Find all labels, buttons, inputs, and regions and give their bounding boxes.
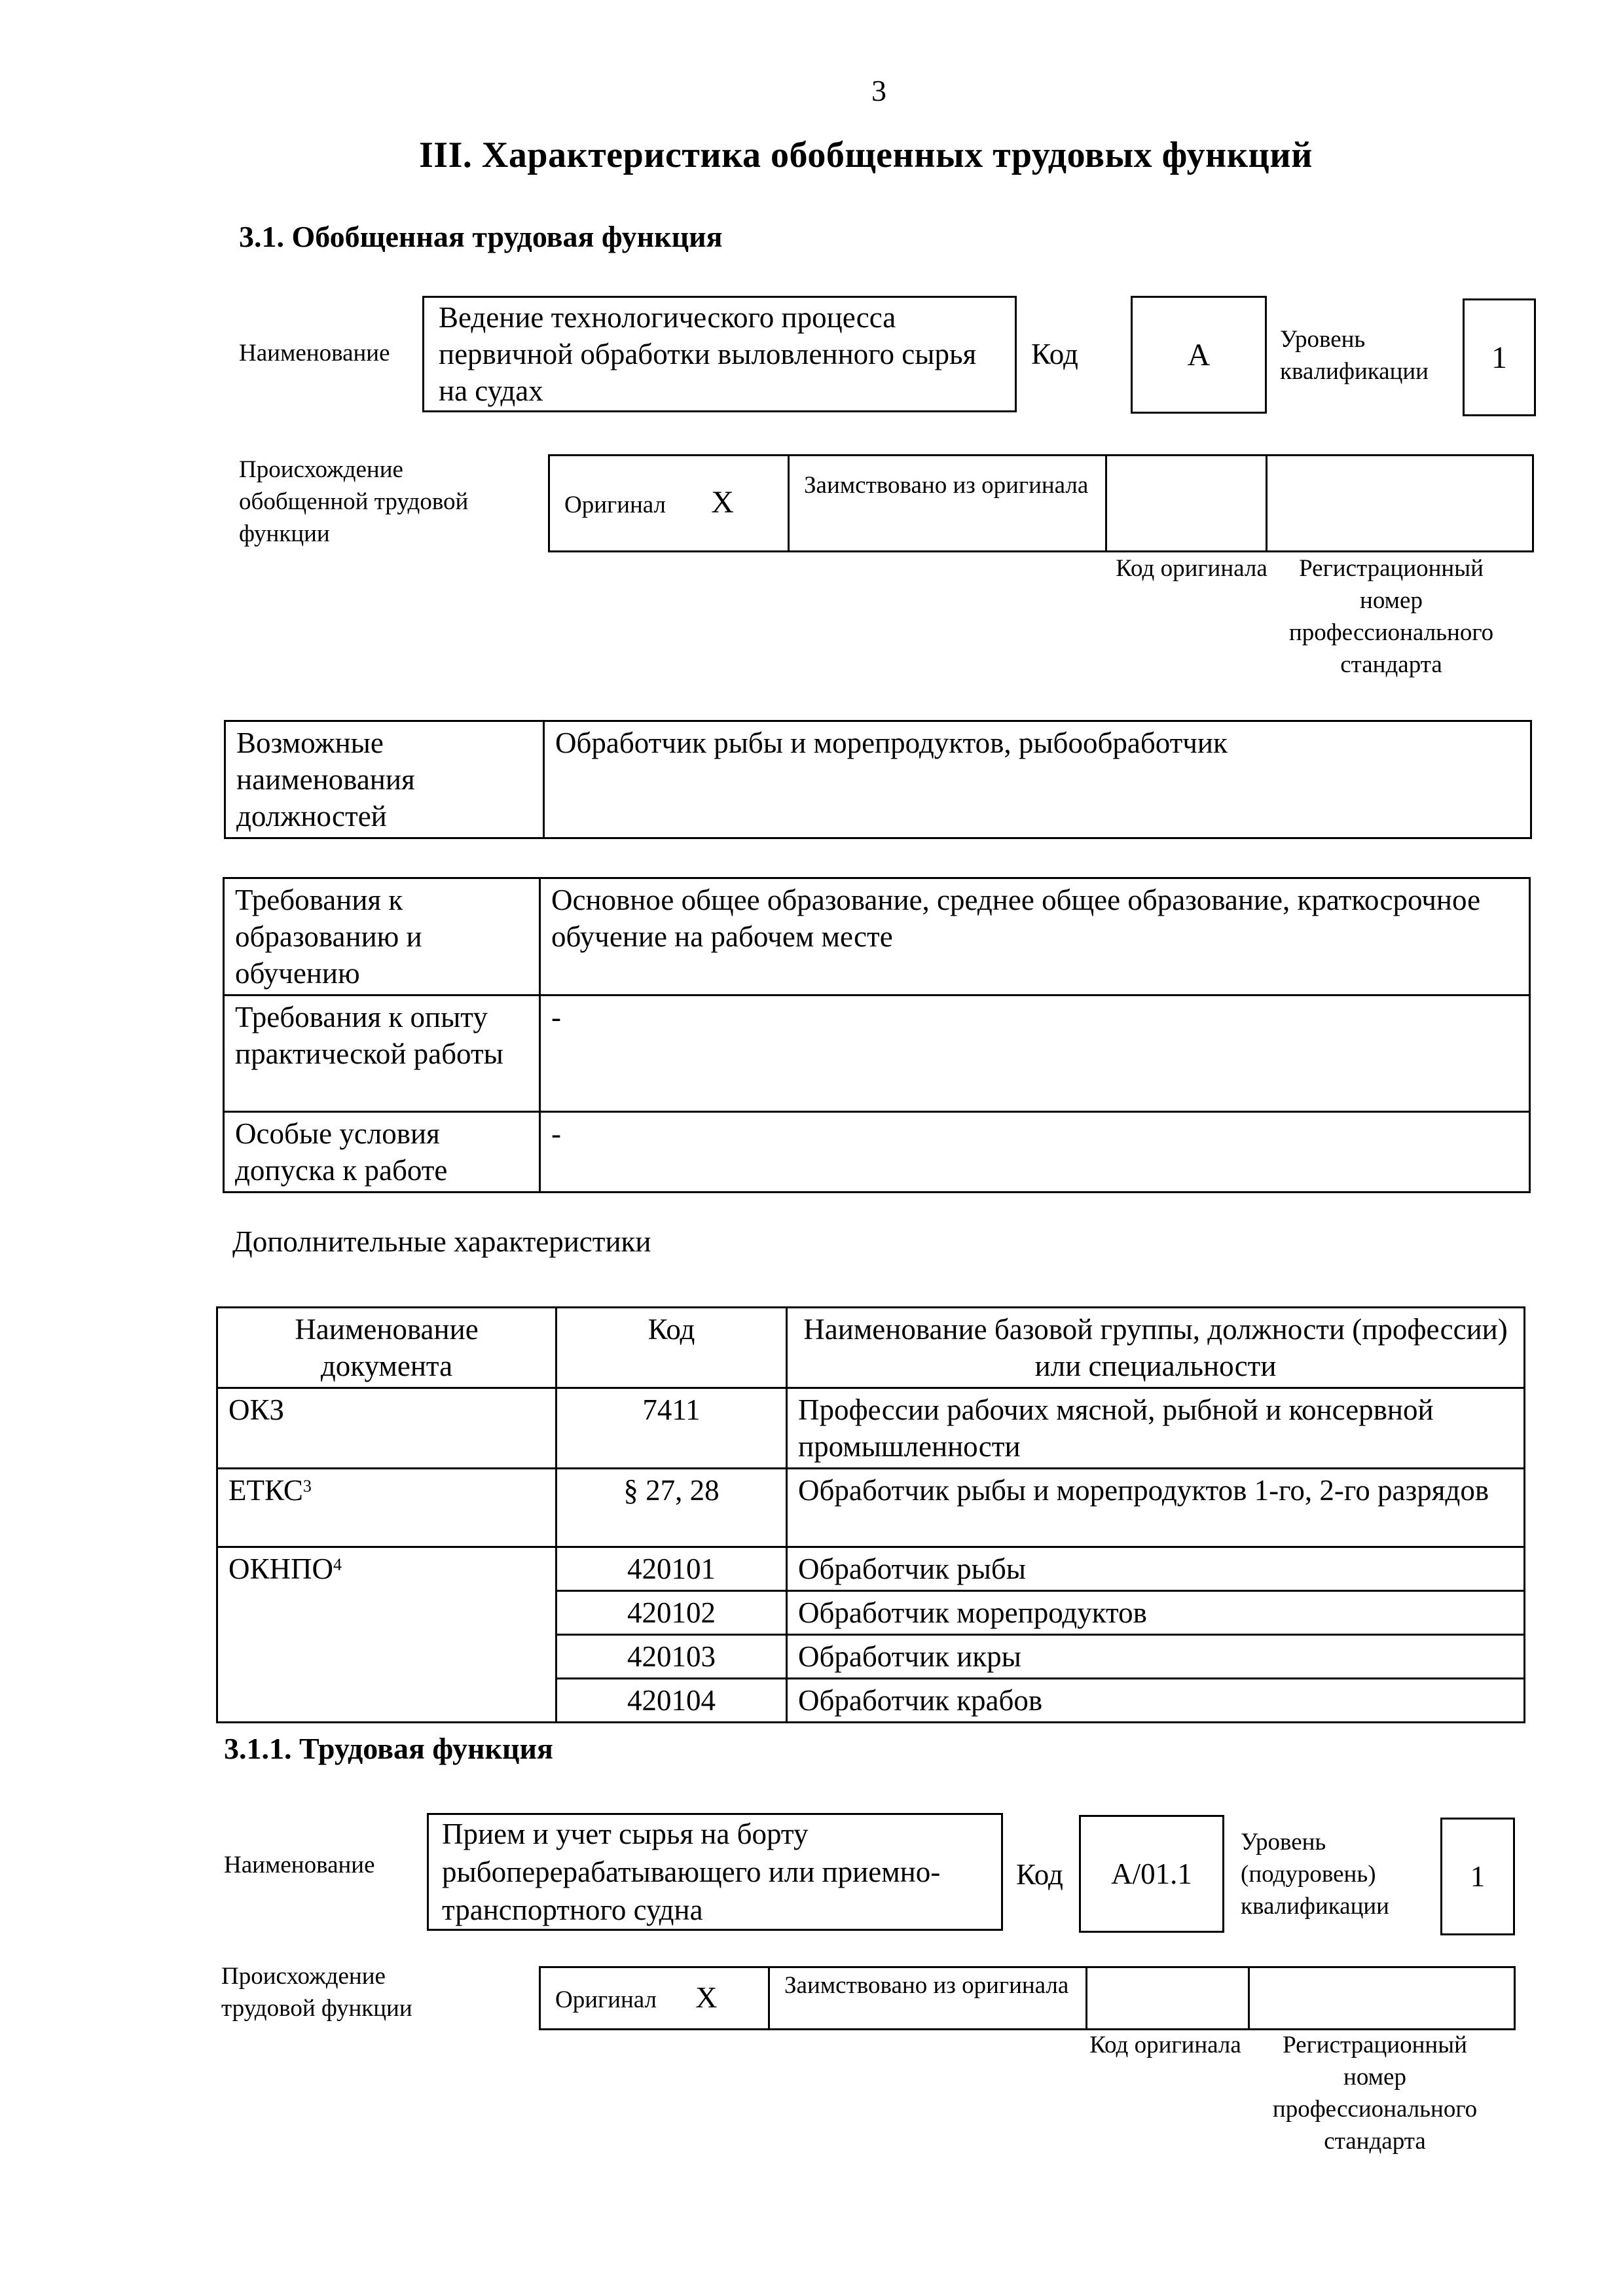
gtf-code-value: А: [1131, 296, 1267, 414]
positions-label: Возможные наименования должностей: [225, 721, 544, 838]
requirement-row: Требования к опыту практической работы-: [224, 996, 1530, 1112]
origin-reg-cell: [1267, 456, 1533, 552]
code-cell: 420101: [556, 1547, 787, 1591]
gtf-code-label: Код: [1031, 335, 1078, 373]
additional-heading: Дополнительные характеристики: [232, 1223, 651, 1261]
gtf-level-value: 1: [1463, 298, 1536, 416]
tf-origin-code-cell: [1087, 1967, 1249, 2030]
gtf-name-label: Наименование: [239, 337, 390, 369]
code-cell: 420102: [556, 1591, 787, 1635]
origin-borrowed-label: Заимствовано из оригинала: [789, 456, 1106, 552]
tf-original-code-caption: Код оригинала: [1080, 2029, 1250, 2061]
origin-code-cell: [1106, 456, 1267, 552]
requirements-table: Требования к образованию и обучениюОснов…: [223, 877, 1531, 1193]
table-header-row: Наименование документаКодНаименование ба…: [217, 1308, 1525, 1388]
doc-name-cell: ОКЗ: [217, 1388, 556, 1469]
tf-origin-original-cell: Оригинал Х: [540, 1967, 769, 2030]
column-header: Наименование документа: [217, 1308, 556, 1388]
gtf-level-label: Уровень квалификации: [1280, 323, 1450, 387]
requirement-row: Особые условия допуска к работе-: [224, 1112, 1530, 1193]
footnote-ref: 3: [303, 1477, 312, 1496]
gtf-name-value: Ведение технологического процесса первич…: [422, 296, 1017, 412]
section-title: III. Характеристика обобщенных трудовых …: [419, 134, 1313, 176]
tf-origin-label: Происхождение трудовой функции: [221, 1960, 457, 2024]
column-header: Код: [556, 1308, 787, 1388]
tf-origin-borrowed-label: Заимствовано из оригинала: [769, 1967, 1087, 2030]
gtf-reg-number-caption: Регистрационный номер профессионального …: [1270, 552, 1512, 681]
requirement-value: -: [540, 1112, 1530, 1193]
table-row: ЕТКС3§ 27, 28Обработчик рыбы и морепроду…: [217, 1469, 1525, 1547]
gtf-origin-label: Происхождение обобщенной трудовой функци…: [239, 454, 527, 550]
table-row: ОКНПО4420101Обработчик рыбы: [217, 1547, 1525, 1591]
requirement-label: Требования к опыту практической работы: [224, 996, 540, 1112]
code-cell: 420103: [556, 1635, 787, 1679]
tf-code-value: A/01.1: [1079, 1815, 1224, 1933]
positions-value: Обработчик рыбы и морепродуктов, рыбообр…: [544, 721, 1531, 838]
requirement-row: Требования к образованию и обучениюОснов…: [224, 878, 1530, 996]
occupation-name-cell: Обработчик икры: [787, 1635, 1525, 1679]
origin-original-cell: Оригинал Х: [549, 456, 789, 552]
origin-original-label: Оригинал: [564, 492, 666, 518]
tf-origin-reg-cell: [1249, 1967, 1515, 2030]
requirement-label: Требования к образованию и обучению: [224, 878, 540, 996]
requirement-value: Основное общее образование, среднее обще…: [540, 878, 1530, 996]
requirement-value: -: [540, 996, 1530, 1112]
tf-origin-original-label: Оригинал: [555, 1986, 657, 2013]
code-cell: 7411: [556, 1388, 787, 1469]
occupation-name-cell: Обработчик рыбы и морепродуктов 1-го, 2-…: [787, 1469, 1525, 1547]
tf-level-label: Уровень (подуровень) квалификации: [1241, 1826, 1411, 1922]
occupation-name-cell: Обработчик морепродуктов: [787, 1591, 1525, 1635]
column-header: Наименование базовой группы, должности (…: [787, 1308, 1525, 1388]
occupation-name-cell: Профессии рабочих мясной, рыбной и консе…: [787, 1388, 1525, 1469]
page-number: 3: [0, 73, 1623, 108]
tf-heading: 3.1.1. Трудовая функция: [224, 1731, 553, 1766]
table-row: ОКЗ7411Профессии рабочих мясной, рыбной …: [217, 1388, 1525, 1469]
code-cell: 420104: [556, 1679, 787, 1723]
positions-table: Возможные наименования должностей Обрабо…: [224, 720, 1532, 839]
doc-name: ОКЗ: [228, 1393, 284, 1426]
occupation-name-cell: Обработчик крабов: [787, 1679, 1525, 1723]
doc-name-cell: ЕТКС3: [217, 1469, 556, 1547]
additional-characteristics-table: Наименование документаКодНаименование ба…: [216, 1306, 1525, 1723]
footnote-ref: 4: [333, 1555, 342, 1574]
doc-name: ЕТКС: [228, 1474, 303, 1507]
occupation-name-cell: Обработчик рыбы: [787, 1547, 1525, 1591]
gtf-heading: 3.1. Обобщенная трудовая функция: [239, 219, 723, 254]
gtf-original-code-caption: Код оригинала: [1106, 552, 1277, 584]
tf-origin-original-mark: Х: [695, 1981, 717, 2014]
requirement-label: Особые условия допуска к работе: [224, 1112, 540, 1193]
origin-original-mark: Х: [711, 485, 734, 520]
tf-name-value: Прием и учет сырья на борту рыбоперераба…: [427, 1813, 1003, 1931]
doc-name: ОКНПО: [228, 1552, 333, 1585]
tf-reg-number-caption: Регистрационный номер профессионального …: [1254, 2029, 1496, 2157]
code-cell: § 27, 28: [556, 1469, 787, 1547]
tf-code-label: Код: [1016, 1856, 1063, 1893]
tf-name-label: Наименование: [224, 1849, 375, 1881]
tf-level-value: 1: [1440, 1818, 1515, 1935]
gtf-origin-table: Оригинал Х Заимствовано из оригинала: [548, 454, 1534, 552]
doc-name-cell: ОКНПО4: [217, 1547, 556, 1723]
tf-origin-table: Оригинал Х Заимствовано из оригинала: [539, 1966, 1516, 2030]
